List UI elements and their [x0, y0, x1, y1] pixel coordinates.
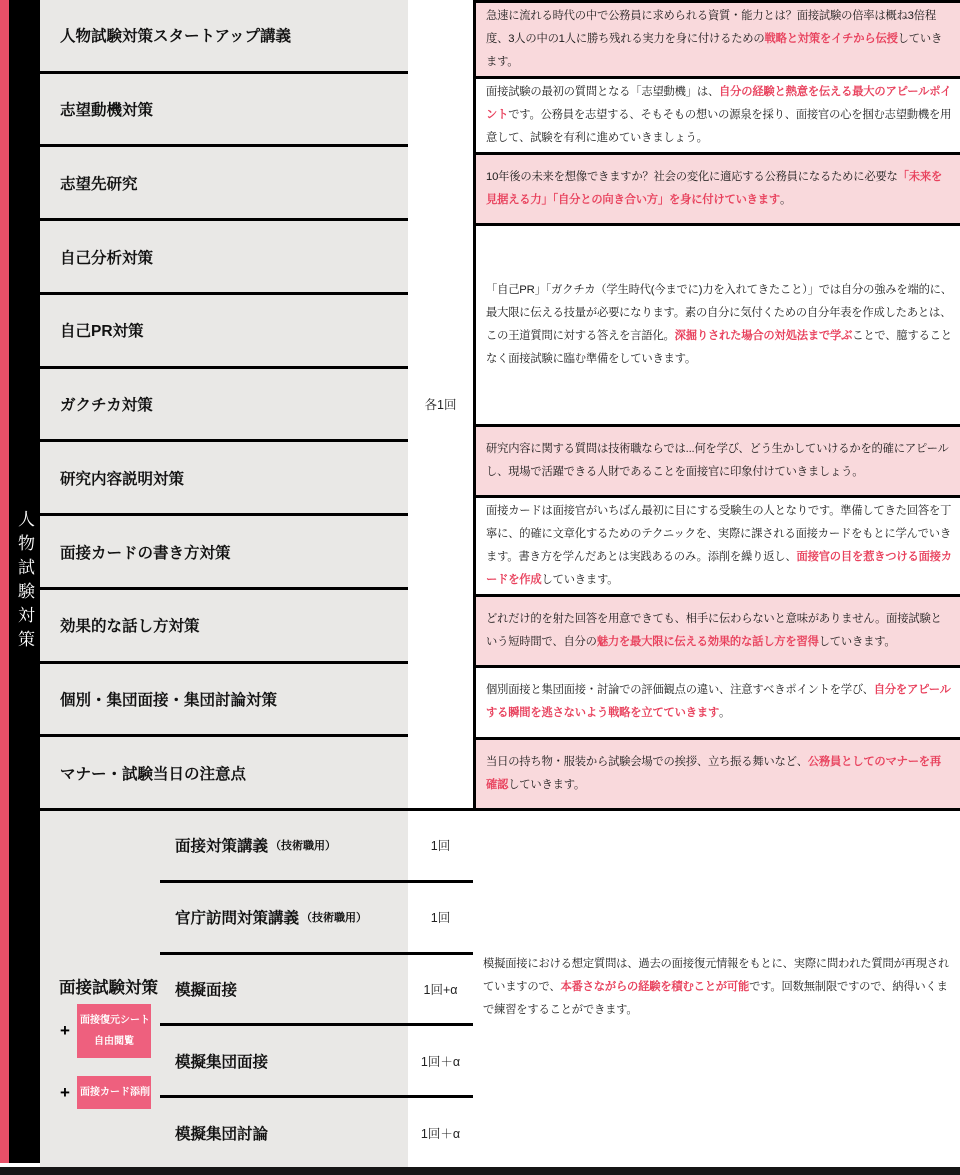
course-label: 志望動機対策	[60, 98, 153, 120]
count-column: 各1回	[408, 0, 473, 808]
description-cell: 面接試験の最初の質問となる「志望動機」は、自分の経験と熱意を伝える最大のアピール…	[476, 76, 960, 152]
badge-label: 面接復元シート	[80, 1010, 148, 1031]
badge-label: 面接カード添削	[80, 1082, 148, 1103]
course-row: 研究内容説明対策	[40, 439, 408, 513]
sub-course-count: 1回	[408, 836, 473, 854]
course-name-column: 人物試験対策スタートアップ講義志望動機対策志望先研究自己分析対策自己PR対策ガク…	[40, 0, 408, 808]
bottom-description: 模擬面接における想定質問は、過去の面接復元情報をもとに、実際に問われた質問が再現…	[483, 953, 951, 1022]
description-text: 当日の持ち物・服装から試験会場での挨拶、立ち振る舞いなど、公務員としてのマナーを…	[486, 751, 952, 797]
course-row: 自己PR対策	[40, 292, 408, 366]
body-text: していきます。	[508, 779, 585, 791]
description-text: どれだけ的を射た回答を用意できても、相手に伝わらないと意味がありません。面接試験…	[486, 608, 952, 654]
body-text: です。公務員を志望する、そもそもの想いの源泉を採り、面接官の心を掴む志望動機を用…	[486, 109, 951, 144]
description-text: 面接試験の最初の質問となる「志望動機」は、自分の経験と熱意を伝える最大のアピール…	[486, 81, 952, 150]
sub-course-label: 面接対策講義	[175, 834, 268, 856]
body-text: 。	[719, 707, 730, 719]
course-label: 面接カードの書き方対策	[60, 541, 231, 563]
body-text: 研究内容に関する質問は技術職ならでは...何を学び、どう生かしていけるかを的確に…	[486, 443, 949, 478]
course-row: 志望先研究	[40, 144, 408, 218]
description-column: 急速に流れる時代の中で公務員に求められる資質・能力とは？面接試験の倍率は概ね3倍…	[473, 0, 960, 808]
sub-course-count: 1回＋α	[408, 1124, 473, 1142]
interview-group-cell: 面接試験対策 +面接復元シート自由閲覧+面接カード添削	[40, 808, 162, 1167]
description-text: 面接カードは面接官がいちばん最初に目にする受験生の人となりです。準備してきた回答…	[486, 500, 952, 592]
badge-row: +面接カード添削	[56, 1076, 151, 1109]
course-row: 志望動機対策	[40, 71, 408, 145]
description-cell: 急速に流れる時代の中で公務員に求められる資質・能力とは？面接試験の倍率は概ね3倍…	[476, 3, 960, 76]
course-row: 人物試験対策スタートアップ講義	[40, 0, 408, 71]
sub-course-count: 1回+α	[408, 980, 473, 998]
course-table-page: 人物試験対策 人物試験対策スタートアップ講義志望動機対策志望先研究自己分析対策自…	[0, 0, 960, 1175]
body-text: 10年後の未来を想像できますか？社会の変化に適応する公務員になるために必要な	[486, 171, 898, 183]
description-text: 個別面接と集団面接・討論での評価観点の違い、注意すべきポイントを学び、自分をアピ…	[486, 679, 952, 725]
plus-icon: +	[56, 1021, 74, 1041]
course-label: 研究内容説明対策	[60, 467, 184, 489]
description-text: 急速に流れる時代の中で公務員に求められる資質・能力とは？面接試験の倍率は概ね3倍…	[486, 5, 952, 74]
category-rail: 人物試験対策	[9, 0, 40, 1163]
sub-course-label: 模擬集団討論	[175, 1122, 268, 1144]
course-label: 自己分析対策	[60, 246, 153, 268]
pink-badge: 面接カード添削	[77, 1076, 151, 1109]
sub-course-rows: 面接対策講義（技術職用）1回官庁訪問対策講義（技術職用）1回模擬面接1回+α模擬…	[160, 811, 473, 1167]
description-cell: 研究内容に関する質問は技術職ならでは...何を学び、どう生かしていけるかを的確に…	[476, 424, 960, 495]
course-label: 自己PR対策	[60, 319, 144, 341]
body-text: 。	[780, 194, 791, 206]
course-label: 個別・集団面接・集団討論対策	[60, 688, 277, 710]
body-text: 面接試験の最初の質問となる「志望動機」は、	[486, 86, 719, 98]
description-text: 研究内容に関する質問は技術職ならでは...何を学び、どう生かしていけるかを的確に…	[486, 438, 952, 484]
sub-course-label: 模擬集団面接	[175, 1050, 268, 1072]
course-row: 自己分析対策	[40, 218, 408, 292]
highlight-text: 本番さながらの経験を積むことが可能	[560, 981, 749, 993]
course-label: 志望先研究	[60, 172, 138, 194]
description-cell: 「自己PR」「ガクチカ（学生時代(今までに)力を入れてきたこと）」では自分の強み…	[476, 223, 960, 423]
category-rail-label: 人物試験対策	[12, 510, 37, 654]
description-text: 10年後の未来を想像できますか？社会の変化に適応する公務員になるために必要な「未…	[486, 166, 952, 212]
sub-course-row: 模擬集団討論1回＋α	[160, 1095, 473, 1167]
bottom-border	[0, 1167, 960, 1175]
body-text: していきます。	[819, 636, 896, 648]
bottom-description-text: 模擬面接における想定質問は、過去の面接復元情報をもとに、実際に問われた質問が再現…	[483, 953, 951, 1022]
description-cell: 10年後の未来を想像できますか？社会の変化に適応する公務員になるために必要な「未…	[476, 152, 960, 223]
sub-course-row: 模擬集団面接1回＋α	[160, 1023, 473, 1095]
course-label: 効果的な話し方対策	[60, 614, 200, 636]
badge-label: 自由閲覧	[80, 1031, 148, 1052]
course-label: 人物試験対策スタートアップ講義	[60, 24, 291, 46]
description-cell: 面接カードは面接官がいちばん最初に目にする受験生の人となりです。準備してきた回答…	[476, 495, 960, 594]
sub-course-label: 模擬面接	[175, 978, 237, 1000]
sub-course-count: 1回	[408, 908, 473, 926]
course-row: 効果的な話し方対策	[40, 587, 408, 661]
highlight-text: 魅力を最大限に伝える効果的な話し方を習得	[597, 636, 819, 648]
course-row: 個別・集団面接・集団討論対策	[40, 661, 408, 735]
highlight-text: 深掘りされた場合の対処法まで学ぶ	[675, 330, 853, 342]
plus-icon: +	[56, 1083, 74, 1103]
description-cell: どれだけ的を射た回答を用意できても、相手に伝わらないと意味がありません。面接試験…	[476, 594, 960, 665]
course-label: ガクチカ対策	[60, 393, 153, 415]
body-text: 個別面接と集団面接・討論での評価観点の違い、注意すべきポイントを学び、	[486, 684, 874, 696]
group-label: 面接試験対策	[59, 974, 158, 998]
highlight-text: 戦略と対策をイチから伝授	[765, 33, 898, 45]
course-row: 面接カードの書き方対策	[40, 513, 408, 587]
description-cell: 当日の持ち物・服装から試験会場での挨拶、立ち振る舞いなど、公務員としてのマナーを…	[476, 737, 960, 808]
body-text: 当日の持ち物・服装から試験会場での挨拶、立ち振る舞いなど、	[486, 756, 808, 768]
description-cell: 個別面接と集団面接・討論での評価観点の違い、注意すべきポイントを学び、自分をアピ…	[476, 665, 960, 736]
sub-course-row: 官庁訪問対策講義（技術職用）1回	[160, 880, 473, 952]
sub-course-row: 模擬面接1回+α	[160, 952, 473, 1024]
pink-badge: 面接復元シート自由閲覧	[77, 1004, 151, 1058]
sub-course-label: 官庁訪問対策講義	[175, 906, 299, 928]
badge-row: +面接復元シート自由閲覧	[56, 1004, 151, 1058]
count-label: 各1回	[425, 395, 457, 413]
body-text: していきます。	[542, 574, 619, 586]
course-row: マナー・試験当日の注意点	[40, 734, 408, 808]
accent-strip	[0, 0, 9, 1163]
sub-course-count: 1回＋α	[408, 1052, 473, 1070]
sub-course-note: （技術職用）	[301, 909, 367, 925]
course-row: ガクチカ対策	[40, 366, 408, 440]
sub-course-note: （技術職用）	[270, 837, 336, 853]
description-text: 「自己PR」「ガクチカ（学生時代(今までに)力を入れてきたこと）」では自分の強み…	[486, 279, 952, 371]
course-label: マナー・試験当日の注意点	[60, 762, 246, 784]
sub-course-row: 面接対策講義（技術職用）1回	[160, 811, 473, 880]
